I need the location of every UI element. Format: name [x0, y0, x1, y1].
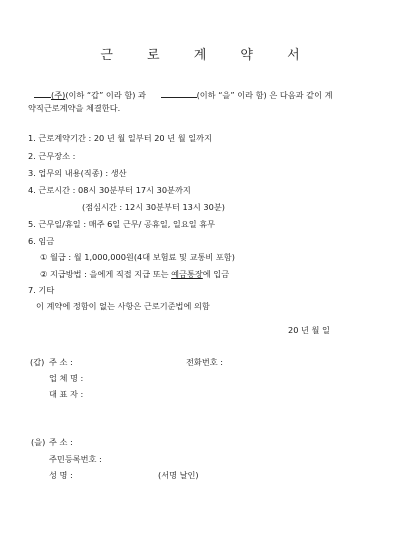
party-a-ceo: 대 표 자 : — [49, 389, 83, 400]
document-title: 근 로 계 약 서 — [0, 44, 400, 63]
party-a-mark: (주) — [51, 90, 65, 100]
bank-account-text: 예금통장 — [171, 269, 203, 279]
party-b-label: (을) — [31, 437, 45, 448]
item-lunch-time: (점심시간 : 12시 30분부터 13시 30분) — [82, 202, 225, 213]
item-other-text: 이 계약에 정함이 없는 사항은 근로기준법에 의함 — [36, 301, 210, 312]
intro-line-1: (주)(이하 “갑” 이라 함) 과 (이하 “을” 이라 함) 은 다음과 같… — [34, 88, 333, 101]
party-a-company: 업 체 명 : — [49, 373, 83, 384]
party-a-text: (이하 “갑” 이라 함) 과 — [65, 90, 146, 100]
item-wage: 6. 임금 — [28, 236, 54, 247]
party-b-name: 성 명 : — [49, 470, 73, 481]
item-contract-period: 1. 근로계약기간 : 20 년 월 일부터 20 년 월 일까지 — [28, 133, 212, 144]
party-b-address: 주 소 : — [49, 437, 73, 448]
party-b-signature: (서명 날인) — [158, 470, 199, 481]
party-a-address: 주 소 : — [49, 357, 73, 368]
contract-date: 20 년 월 일 — [288, 325, 330, 336]
party-a-phone: 전화번호 : — [186, 357, 223, 368]
item-working-hours: 4. 근로시간 : 08시 30분부터 17시 30분까지 — [28, 185, 191, 196]
item-workplace: 2. 근무장소 : — [28, 151, 75, 162]
party-b-text: (이하 “을” 이라 함) 은 다음과 같이 계 — [197, 90, 333, 100]
item-workdays: 5. 근무일/휴일 : 매주 6일 근무/ 공휴일, 일요일 휴무 — [28, 219, 215, 230]
party-a-blank — [34, 88, 51, 98]
party-b-rrn: 주민등록번호 : — [49, 454, 102, 465]
item-job-description: 3. 업무의 내용(직종) : 생산 — [28, 168, 127, 179]
party-b-blank — [161, 88, 197, 98]
item-payment-method: ② 지급방법 : 을에게 직접 지급 또는 예금통장에 입금 — [40, 269, 229, 280]
item-other: 7. 기타 — [28, 285, 54, 296]
item-monthly-salary: ① 월급 : 월 1,000,000원(4대 보험료 및 교통비 포함) — [40, 252, 235, 263]
intro-line-2: 약직근로계약을 체결한다. — [28, 103, 120, 114]
party-a-label: (갑) — [30, 357, 44, 368]
